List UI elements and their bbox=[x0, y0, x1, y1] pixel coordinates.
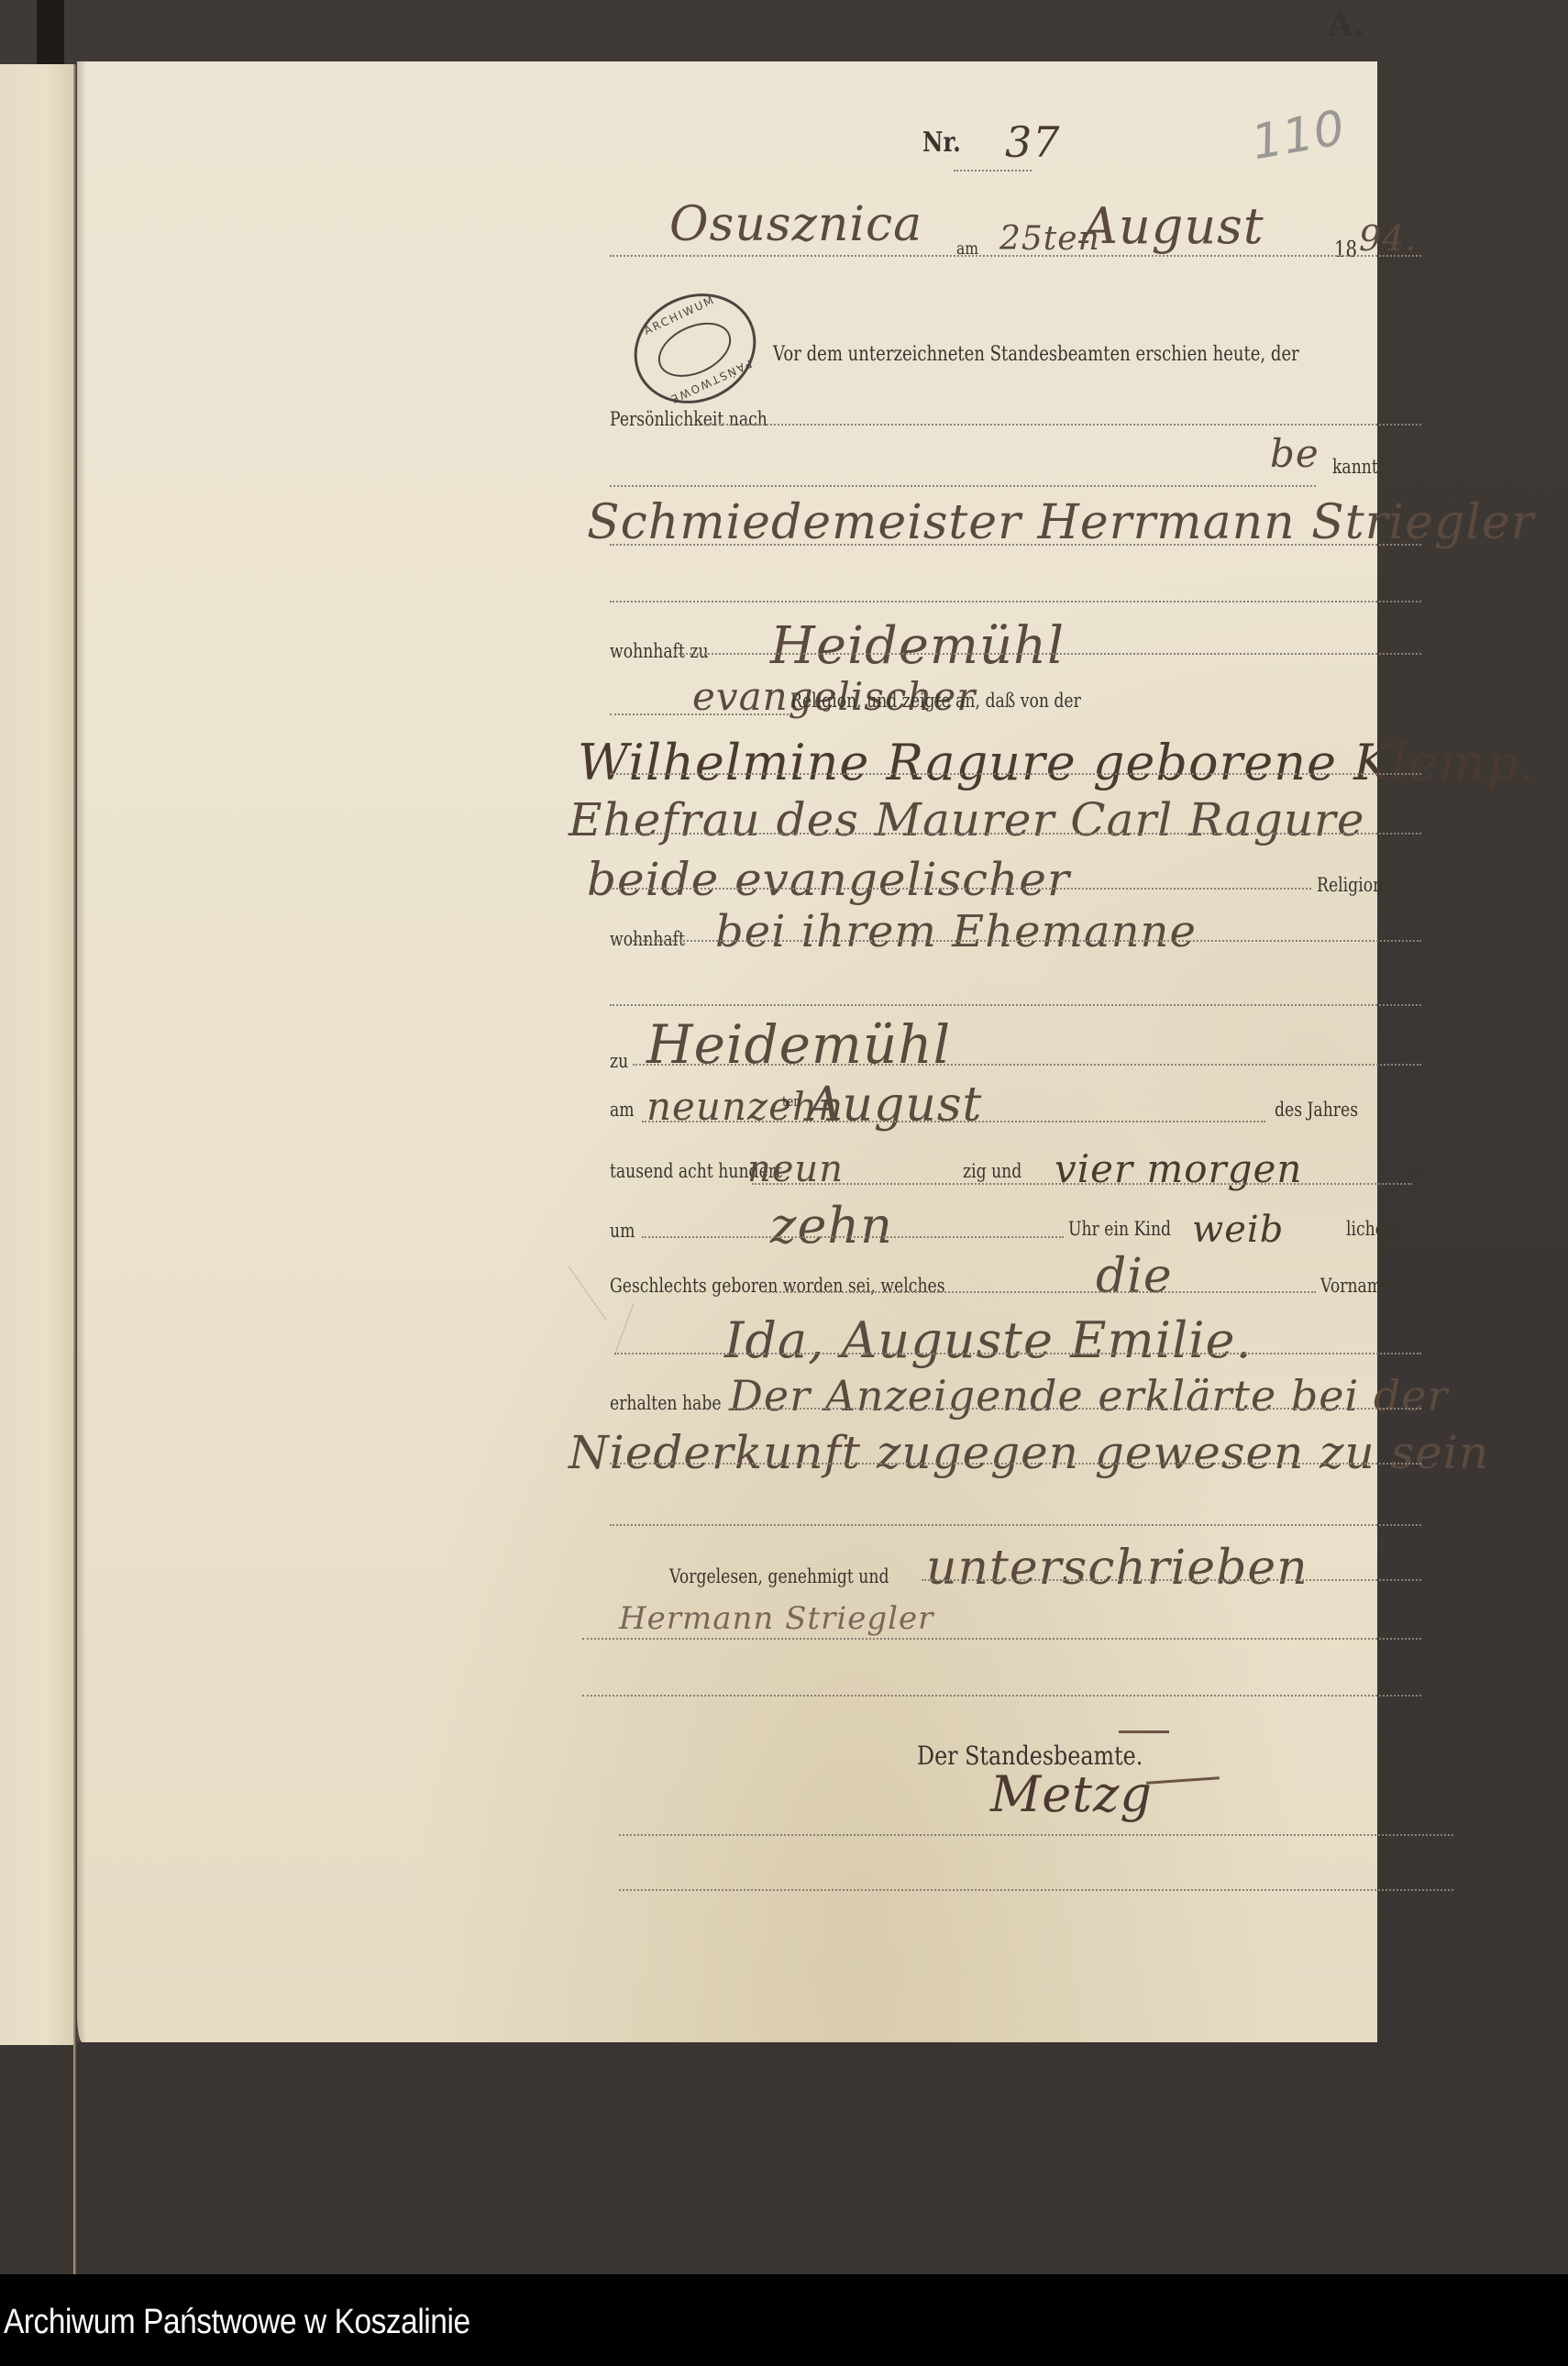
mother-name: Wilhelmine Ragure geborene Klemp. bbox=[578, 734, 1536, 791]
wohnhaft-label: wohnhaft bbox=[610, 928, 685, 950]
rule-note-3 bbox=[610, 1524, 1421, 1526]
rule-registrar-2 bbox=[619, 1889, 1453, 1891]
vorgelesen-label: Vorgelesen, genehmigt und bbox=[669, 1565, 889, 1587]
rule-informant-signature-2 bbox=[582, 1695, 1421, 1697]
birth-month: August bbox=[807, 1078, 982, 1133]
archive-name: Archiwum Państwowe w Koszalinie bbox=[4, 2303, 470, 2342]
rule-vorgelesen bbox=[922, 1579, 1421, 1581]
form-letter: A. bbox=[1328, 6, 1364, 44]
rule-identity bbox=[701, 424, 1421, 426]
note-line-2: Niederkunft zugegen gewesen zu sein bbox=[569, 1426, 1489, 1479]
registrar-signature: Metzg bbox=[990, 1765, 1153, 1823]
rule-note-2 bbox=[610, 1463, 1421, 1465]
am-birth-label: am bbox=[610, 1099, 635, 1121]
birth-place: Heidemühl bbox=[646, 1013, 951, 1076]
rule-informant-2 bbox=[610, 601, 1421, 603]
ten-label: ten bbox=[782, 1093, 801, 1110]
rule-hour bbox=[642, 1236, 1064, 1238]
rule-bekannt bbox=[610, 485, 1316, 487]
child-names: Ida, Auguste Emilie. bbox=[724, 1311, 1253, 1369]
year-prefix: 18 bbox=[1334, 237, 1357, 262]
bekannt-print: kannt, bbox=[1332, 456, 1383, 478]
rule-religion bbox=[610, 713, 789, 715]
rule-mother-residence bbox=[633, 940, 1421, 942]
rule-residence bbox=[674, 653, 1421, 655]
rule-mother-religion bbox=[610, 888, 1311, 890]
rule-year bbox=[752, 1183, 1412, 1185]
record-number-label: Nr. bbox=[922, 127, 961, 159]
rule-mother bbox=[610, 773, 1421, 775]
record-number: 37 bbox=[1005, 117, 1061, 167]
religion-label: Religion, bbox=[1317, 874, 1388, 896]
wohnhaft-zu-label: wohnhaft zu bbox=[610, 640, 709, 662]
intro-text: Vor dem unterzeichneten Standesbeamten e… bbox=[773, 343, 1299, 366]
rule-place-date bbox=[610, 255, 1421, 257]
rule-birth-place bbox=[633, 1064, 1421, 1066]
zu-label: zu bbox=[610, 1050, 628, 1072]
previous-page-edge bbox=[0, 64, 75, 2045]
identity-label: Persönlichkeit nach bbox=[610, 408, 767, 430]
unterschrieben: unterschrieben bbox=[926, 1541, 1309, 1596]
rule-child-names bbox=[614, 1353, 1421, 1354]
sex: weib bbox=[1192, 1209, 1284, 1251]
die-hand: die bbox=[1096, 1249, 1173, 1304]
rule-record-number bbox=[954, 170, 1032, 171]
rule-relation bbox=[610, 833, 1421, 835]
informant-name: Schmiedemeister Herrmann Striegler bbox=[587, 495, 1534, 550]
month: August bbox=[1082, 197, 1264, 255]
mother-religion: beide evangelischer bbox=[587, 853, 1070, 906]
registrar-flourish bbox=[1119, 1730, 1169, 1733]
religion-anzeige-text: Religion, und zeigte an, daß von der bbox=[790, 690, 1081, 712]
lichen-label: lichen bbox=[1346, 1218, 1395, 1240]
mother-residence: bei ihrem Ehemanne bbox=[715, 906, 1197, 957]
birth-hour: zehn bbox=[770, 1197, 893, 1255]
mother-relation: Ehefrau des Maurer Carl Ragure bbox=[569, 793, 1364, 846]
page-edge-shadow bbox=[77, 61, 86, 2042]
informant-residence: Heidemühl bbox=[770, 616, 1065, 676]
bekannt-hand: be bbox=[1270, 431, 1320, 476]
zig-und-label: zig und bbox=[963, 1160, 1021, 1182]
place: Osusznica bbox=[669, 197, 922, 252]
rule-registrar bbox=[619, 1834, 1453, 1836]
rule-geschlechts bbox=[766, 1291, 1316, 1293]
erhalten-label: erhalten habe bbox=[610, 1392, 722, 1414]
des-jahres-label: des Jahres bbox=[1275, 1099, 1358, 1121]
s-suffix: s bbox=[1412, 1160, 1420, 1182]
rule-informant-signature bbox=[582, 1638, 1421, 1640]
binding-gap bbox=[37, 0, 64, 64]
rule-informant bbox=[610, 544, 1421, 546]
year-suffix: 94. bbox=[1359, 218, 1417, 259]
rule-birth-date bbox=[642, 1121, 1265, 1122]
informant-signature: Hermann Striegler bbox=[619, 1600, 933, 1637]
vornamen-label: Vornamen bbox=[1320, 1275, 1401, 1297]
note-line-1: Der Anzeigende erklärte bei der bbox=[729, 1371, 1449, 1421]
uhr-kind-label: Uhr ein Kind bbox=[1068, 1218, 1171, 1240]
um-label: um bbox=[610, 1220, 635, 1242]
rule-note-1 bbox=[729, 1408, 1421, 1410]
rule-mother-residence-2 bbox=[610, 1004, 1421, 1006]
geschlechts-label: Geschlechts geboren worden sei, welches bbox=[610, 1275, 945, 1297]
